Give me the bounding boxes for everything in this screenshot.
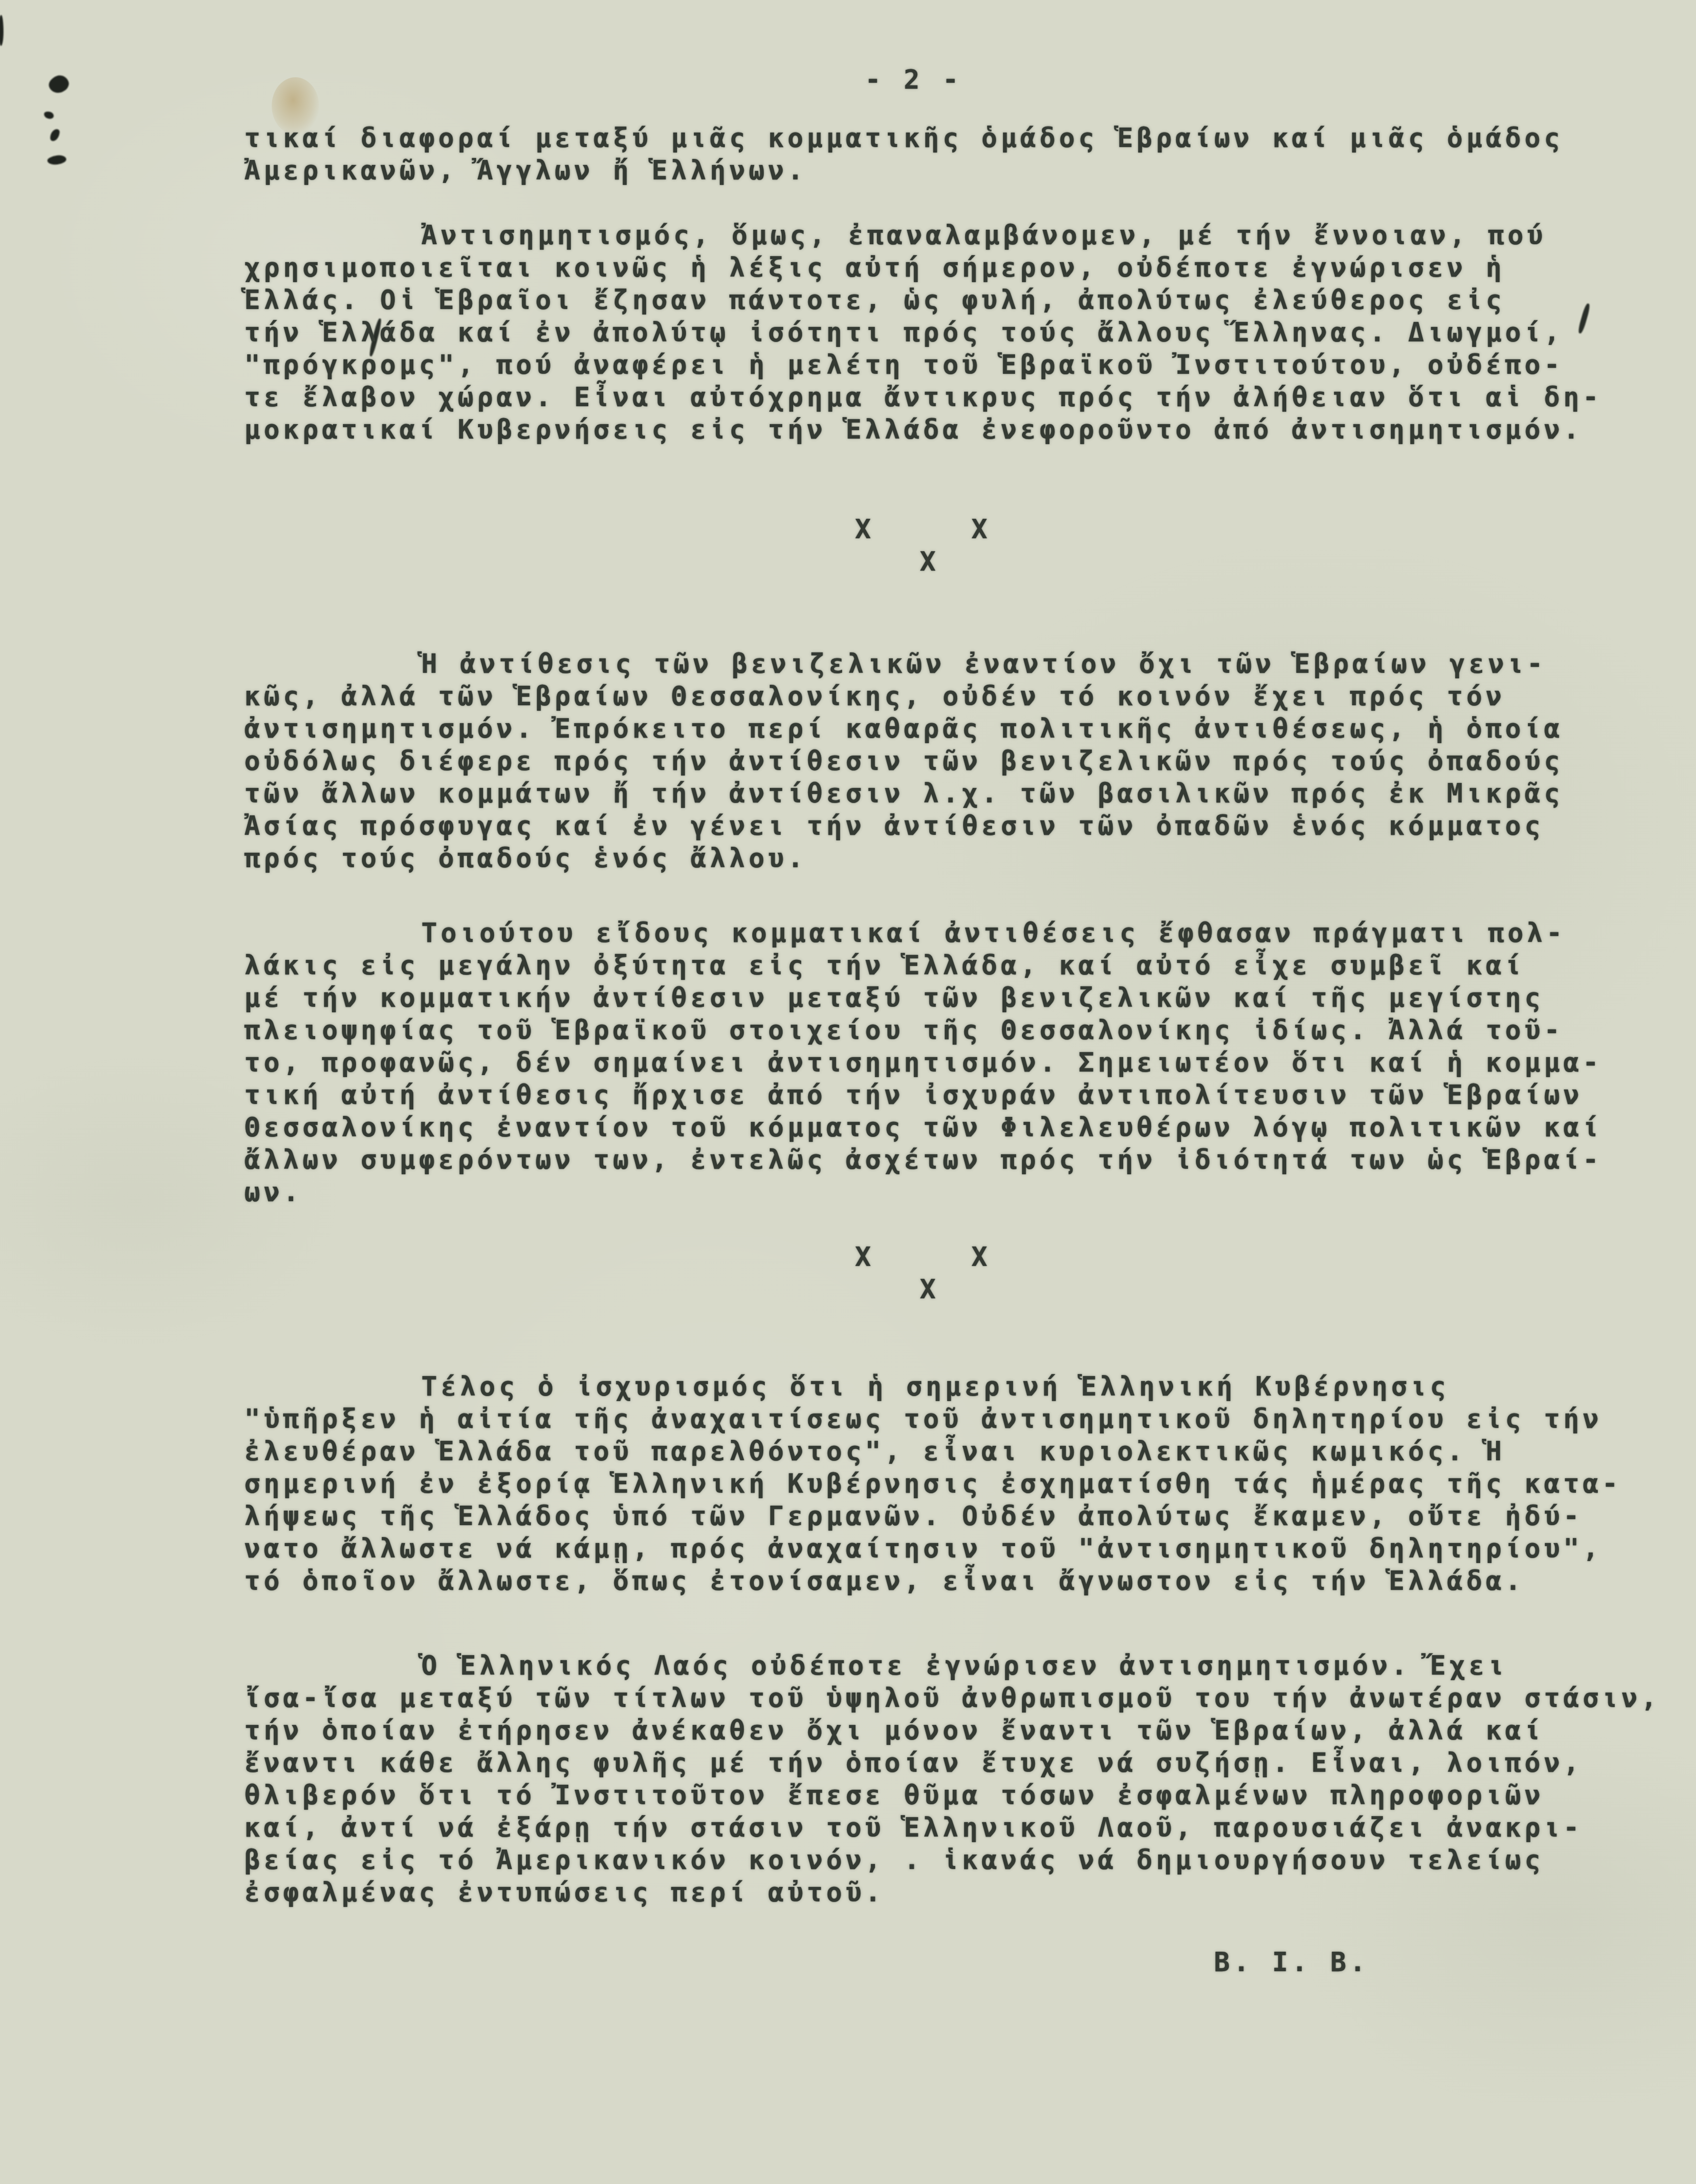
text-line: τό ὁποῖον ἄλλωστε, ὅπως ἐτονίσαμεν, εἶνα… — [244, 1565, 1696, 1597]
separator-row: X — [244, 1273, 1696, 1306]
text-line: το, προφανῶς, δέν σημαίνει ἀντισημητισμό… — [244, 1047, 1696, 1079]
ink-mark — [0, 15, 3, 46]
document-page: - 2 - τικαί διαφοραί μεταξύ μιᾶς κομματι… — [0, 0, 1696, 2184]
text-line: "πρόγκρομς", πού ἀναφέρει ἡ μελέτη τοῦ Ἑ… — [244, 349, 1696, 381]
text-line: τε ἔλαβον χώραν. Εἶναι αὐτόχρημα ἄντικρυ… — [244, 381, 1696, 414]
text-line: ἄλλων συμφερόντων των, ἐντελῶς ἀσχέτων π… — [244, 1144, 1696, 1176]
text-line: Ἀμερικανῶν, Ἄγγλων ἤ Ἑλλήνων. — [244, 155, 1696, 187]
text-line: βείας εἰς τό Ἀμερικανικόν κοινόν, . ἱκαν… — [244, 1844, 1696, 1876]
text-line: οὐδόλως διέφερε πρός τήν ἀντίθεσιν τῶν β… — [244, 745, 1696, 778]
text-line: λάκις εἰς μεγάλην ὀξύτητα εἰς τήν Ἑλλάδα… — [244, 949, 1696, 982]
text-line: Ἑλλάς. Οἱ Ἑβραῖοι ἔζησαν πάντοτε, ὡς φυλ… — [244, 284, 1696, 316]
text-line: ἐσφαλμένας ἐντυπώσεις περί αὐτοῦ. — [244, 1876, 1696, 1909]
ink-mark — [47, 154, 67, 165]
text-line: ἔναντι κάθε ἄλλης φυλῆς μέ τήν ὁποίαν ἔτ… — [244, 1747, 1696, 1779]
text-line: Ἀσίας πρόσφυγας καί ἐν γένει τήν ἀντίθεσ… — [244, 810, 1696, 842]
text-line: μέ τήν κομματικήν ἀντίθεσιν μεταξύ τῶν β… — [244, 982, 1696, 1014]
section-separator: X XX — [244, 1241, 1696, 1306]
text-line: τικαί διαφοραί μεταξύ μιᾶς κομματικῆς ὁμ… — [244, 122, 1696, 155]
text-line: τήν ὁποίαν ἐτήρησεν ἀνέκαθεν ὄχι μόνον ἔ… — [244, 1715, 1696, 1747]
text-line: τήν Ἑλλάδα καί ἐν ἀπολύτῳ ἰσότητι πρός τ… — [244, 316, 1696, 349]
text-flow: - 2 - τικαί διαφοραί μεταξύ μιᾶς κομματι… — [244, 0, 1696, 1909]
ink-mark — [48, 128, 62, 143]
signature-initials: Β. Ι. Β. — [1214, 1946, 1369, 1979]
separator-row: X X — [244, 513, 1696, 546]
paragraph: Ὁ Ἑλληνικός Λαός οὐδέποτε ἐγνώρισεν ἀντι… — [244, 1650, 1696, 1909]
text-line: κῶς, ἀλλά τῶν Ἑβραίων Θεσσαλονίκης, οὐδέ… — [244, 680, 1696, 713]
paragraph: Ἀντισημητισμός, ὅμως, ἐπαναλαμβάνομεν, μ… — [244, 219, 1696, 446]
separator-row: X — [244, 546, 1696, 578]
text-line: χρησιμοποιεῖται κοινῶς ἡ λέξις αὐτή σήμε… — [244, 252, 1696, 284]
text-line: σημερινή ἐν ἐξορίᾳ Ἑλληνική Κυβέρνησις ἐ… — [244, 1468, 1696, 1500]
text-line: μοκρατικαί Κυβερνήσεις εἰς τήν Ἑλλάδα ἐν… — [244, 414, 1696, 446]
text-line: Ἡ ἀντίθεσις τῶν βενιζελικῶν ἐναντίον ὄχι… — [244, 648, 1696, 680]
text-line: θλιβερόν ὅτι τό Ἰνστιτοῦτον ἔπεσε θῦμα τ… — [244, 1779, 1696, 1812]
text-line: πλειοψηφίας τοῦ Ἑβραϊκοῦ στοιχείου τῆς Θ… — [244, 1014, 1696, 1047]
text-line: Ἀντισημητισμός, ὅμως, ἐπαναλαμβάνομεν, μ… — [244, 219, 1696, 252]
text-line: τῶν ἄλλων κομμάτων ἤ τήν ἀντίθεσιν λ.χ. … — [244, 778, 1696, 810]
paragraph: Ἡ ἀντίθεσις τῶν βενιζελικῶν ἐναντίον ὄχι… — [244, 648, 1696, 875]
paragraph: Τοιούτου εἴδους κομματικαί ἀντιθέσεις ἔφ… — [244, 917, 1696, 1209]
text-line: ων. — [244, 1176, 1696, 1209]
separator-row: X X — [244, 1241, 1696, 1273]
text-line: ἴσα-ἴσα μεταξύ τῶν τίτλων τοῦ ὑψηλοῦ ἀνθ… — [244, 1682, 1696, 1715]
text-line: "ὑπῆρξεν ἡ αἰτία τῆς ἀναχαιτίσεως τοῦ ἀν… — [244, 1403, 1696, 1435]
paragraph: Τέλος ὁ ἰσχυρισμός ὅτι ἡ σημερινή Ἑλληνι… — [244, 1371, 1696, 1597]
text-line: ἀντισημητισμόν. Ἐπρόκειτο περί καθαρᾶς π… — [244, 713, 1696, 745]
text-line: τική αὐτή ἀντίθεσις ἤρχισε ἀπό τήν ἰσχυρ… — [244, 1079, 1696, 1111]
ink-mark — [43, 111, 55, 120]
text-line: καί, ἀντί νά ἐξάρῃ τήν στάσιν τοῦ Ἑλληνι… — [244, 1812, 1696, 1844]
text-line: πρός τούς ὀπαδούς ἑνός ἄλλου. — [244, 842, 1696, 875]
text-line: Ὁ Ἑλληνικός Λαός οὐδέποτε ἐγνώρισεν ἀντι… — [244, 1650, 1696, 1682]
text-line: Τοιούτου εἴδους κομματικαί ἀντιθέσεις ἔφ… — [244, 917, 1696, 949]
paragraph: τικαί διαφοραί μεταξύ μιᾶς κομματικῆς ὁμ… — [244, 122, 1696, 187]
section-separator: X XX — [244, 513, 1696, 578]
text-line: Τέλος ὁ ἰσχυρισμός ὅτι ἡ σημερινή Ἑλληνι… — [244, 1371, 1696, 1403]
text-line: Θεσσαλονίκης ἐναντίον τοῦ κόμματος τῶν Φ… — [244, 1111, 1696, 1144]
text-line: ἐλευθέραν Ἑλλάδα τοῦ παρελθόντος", εἶναι… — [244, 1435, 1696, 1468]
page-number: - 2 - — [244, 64, 1696, 96]
text-line: λήψεως τῆς Ἑλλάδος ὑπό τῶν Γερμανῶν. Οὐδ… — [244, 1500, 1696, 1533]
text-line: νατο ἄλλωστε νά κάμῃ, πρός ἀναχαίτησιν τ… — [244, 1533, 1696, 1565]
ink-mark — [46, 73, 71, 96]
